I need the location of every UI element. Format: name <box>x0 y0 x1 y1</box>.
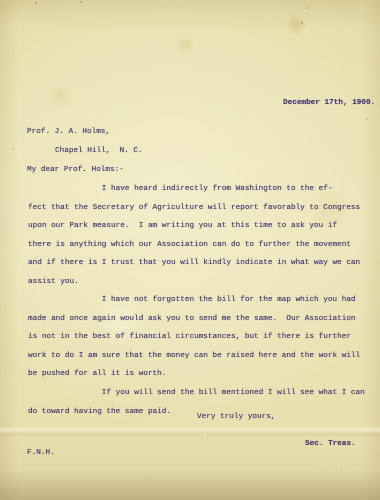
letter-body-line: I have heard indirectly from Washington … <box>28 180 365 199</box>
closing-phrase: Very truly yours, <box>197 413 275 421</box>
typist-initials: F.N.H. <box>27 449 55 457</box>
letter-body-line: be pushed for all it is worth. <box>28 365 365 384</box>
letter-body-line: fect that the Secretary of Agriculture w… <box>28 199 365 218</box>
letter-body-line: upon our Park measure. I am writing you … <box>28 217 365 236</box>
letter-body-line: assist you. <box>28 273 365 292</box>
letter-body-line: is not in the best of financial circumst… <box>28 328 365 347</box>
letter-body: I have heard indirectly from Washington … <box>28 180 365 421</box>
letter-body-line: If you will send the bill mentioned I wi… <box>28 384 365 403</box>
ink-ghost-smudge: ·· ··· <box>318 468 366 482</box>
letter-body-line: there is anything which our Association … <box>28 236 365 255</box>
paper-specks <box>0 0 2 2</box>
salutation: My dear Prof. Holms:- <box>27 166 124 174</box>
letter-body-line: made and once again would ask you to sen… <box>28 310 365 329</box>
recipient-name: Prof. J. A. Holms, <box>27 128 110 136</box>
letter-date: December 17th, 1900. <box>283 99 375 107</box>
letter-body-line: I have not forgotten the bill for the ma… <box>28 291 365 310</box>
letter-body-line: work to do I am sure that the money can … <box>28 347 365 366</box>
letter-body-line: and if there is I trust that you will ki… <box>28 254 365 273</box>
signature-title: Sec. Treas. <box>305 440 356 448</box>
recipient-address: Chapel Hill, N. C. <box>55 147 143 155</box>
